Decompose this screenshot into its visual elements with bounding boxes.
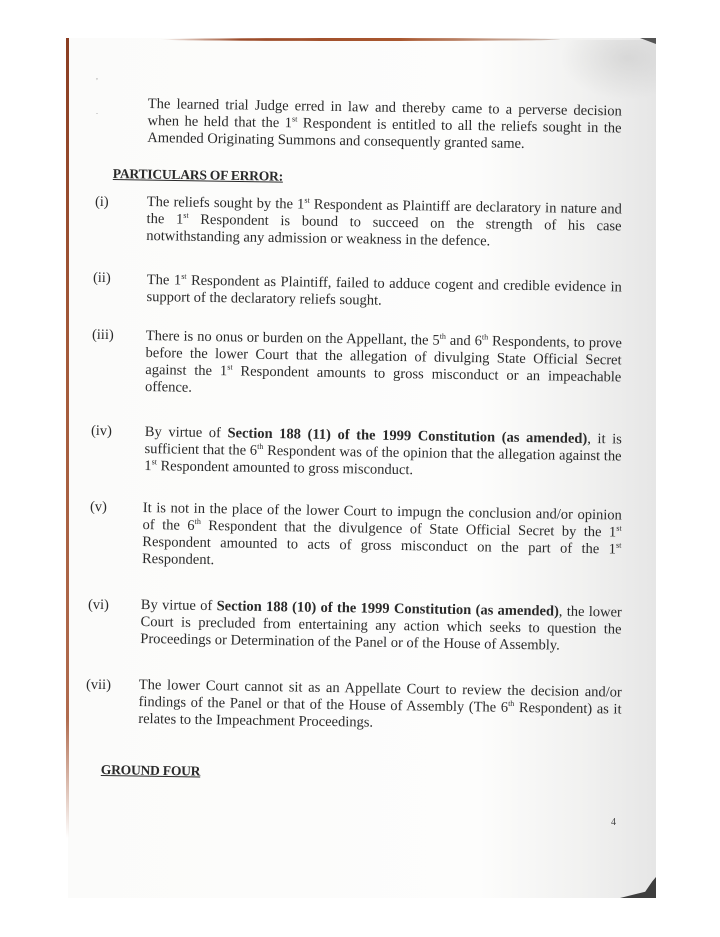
particular-item-vi: By virtue of Section 188 (10) of the 199… <box>140 597 622 656</box>
item-label-i: (i) <box>95 194 109 211</box>
scan-speck: , <box>96 72 98 81</box>
scan-speck: . <box>96 107 98 116</box>
item-label-vi: (vi) <box>88 597 109 614</box>
ground-four-heading: GROUND FOUR <box>101 762 201 780</box>
particular-item-iii: There is no onus or burden on the Appell… <box>145 328 622 403</box>
particular-item-i: The reliefs sought by the 1st Respondent… <box>146 194 622 252</box>
particular-item-iv: By virtue of Section 188 (11) of the 199… <box>144 424 622 482</box>
item-label-vii: (vii) <box>86 677 111 694</box>
binder-edge-top <box>160 38 560 41</box>
item-label-v: (v) <box>90 499 107 516</box>
particulars-heading: PARTICULARS OF ERROR: <box>113 166 283 185</box>
particular-item-vii: The lower Court cannot sit as an Appella… <box>138 677 622 736</box>
item-label-iv: (iv) <box>91 423 112 440</box>
binder-edge-left <box>66 38 69 838</box>
item-label-ii: (ii) <box>93 270 111 287</box>
intro-paragraph: The learned trial Judge erred in law and… <box>147 96 622 154</box>
page-shadow <box>560 40 656 100</box>
particular-item-v: It is not in the place of the lower Cour… <box>142 500 622 576</box>
page-number: 4 <box>611 817 616 828</box>
item-label-iii: (iii) <box>92 327 114 344</box>
